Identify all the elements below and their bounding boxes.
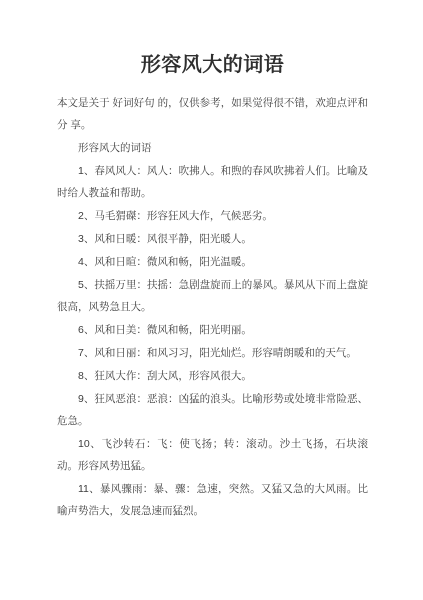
list-item-4: 4、风和日暄：微风和畅，阳光温暖。 bbox=[57, 251, 368, 273]
list-item-8: 8、狂风大作：刮大风，形容风很大。 bbox=[57, 365, 368, 387]
intro-paragraph: 本文是关于 好词好句 的，仅供参考，如果觉得很不错，欢迎点评和分 享。 bbox=[57, 92, 368, 136]
section-heading: 形容风大的词语 bbox=[57, 137, 368, 159]
list-item-9: 9、狂风恶浪：恶浪：凶猛的浪头。比喻形势或处境非常险恶、危急。 bbox=[57, 388, 368, 432]
list-item-6: 6、风和日美：微风和畅，阳光明丽。 bbox=[57, 319, 368, 341]
list-item-11: 11、暴风骤雨：暴、骤：急速，突然。又猛又急的大风雨。比喻声势浩大，发展急速而猛… bbox=[57, 478, 368, 522]
document-page: 形容风大的词语 本文是关于 好词好句 的，仅供参考，如果觉得很不错，欢迎点评和分… bbox=[0, 0, 423, 600]
list-item-10: 10、飞沙转石：飞：使飞扬；转：滚动。沙土飞扬，石块滚动。形容风势迅猛。 bbox=[57, 433, 368, 477]
document-title: 形容风大的词语 bbox=[57, 50, 368, 80]
list-item-1: 1、春风风人：风人：吹拂人。和煦的春风吹拂着人们。比喻及时给人教益和帮助。 bbox=[57, 160, 368, 204]
list-item-5: 5、扶摇万里：扶摇：急剧盘旋而上的暴风。暴风从下而上盘旋很高，风势急且大。 bbox=[57, 274, 368, 318]
list-item-7: 7、风和日丽：和风习习，阳光灿烂。形容晴朗暖和的天气。 bbox=[57, 342, 368, 364]
list-item-3: 3、风和日暖：风很平静，阳光暖人。 bbox=[57, 228, 368, 250]
list-item-2: 2、马毛猬磔：形容狂风大作，气候恶劣。 bbox=[57, 205, 368, 227]
